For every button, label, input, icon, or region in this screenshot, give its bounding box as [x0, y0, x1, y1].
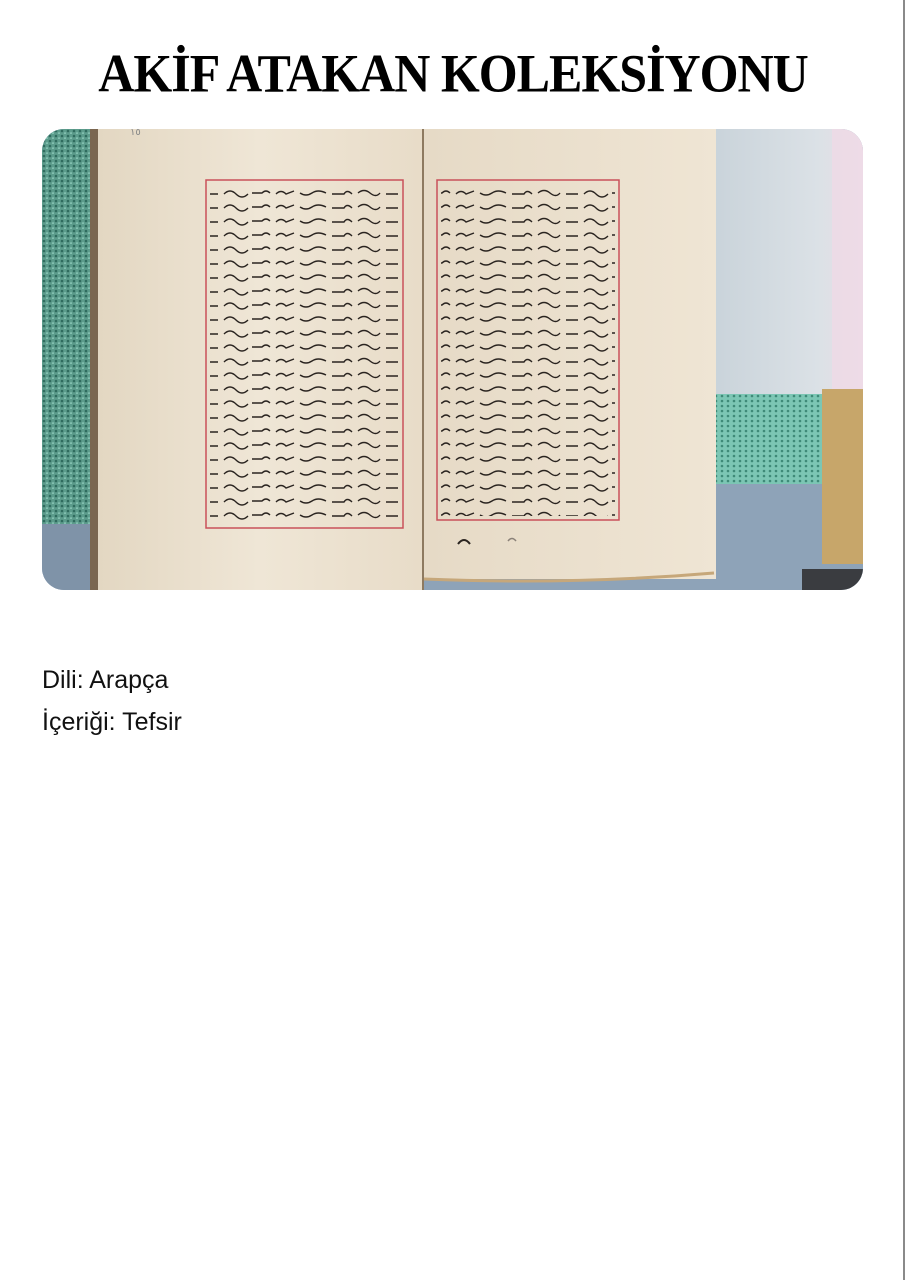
page-edge-divider — [903, 0, 905, 1280]
language-detail: Dili: Arapça — [42, 665, 182, 695]
details-section: Dili: Arapça İçeriği: Tefsir — [42, 665, 182, 749]
manuscript-image: ١٥ — [42, 129, 863, 590]
manuscript-photo: ١٥ — [42, 129, 863, 590]
svg-text:١٥: ١٥ — [130, 129, 141, 138]
content-detail: İçeriği: Tefsir — [42, 707, 182, 737]
page-title: AKİF ATAKAN KOLEKSİYONU — [0, 42, 906, 105]
